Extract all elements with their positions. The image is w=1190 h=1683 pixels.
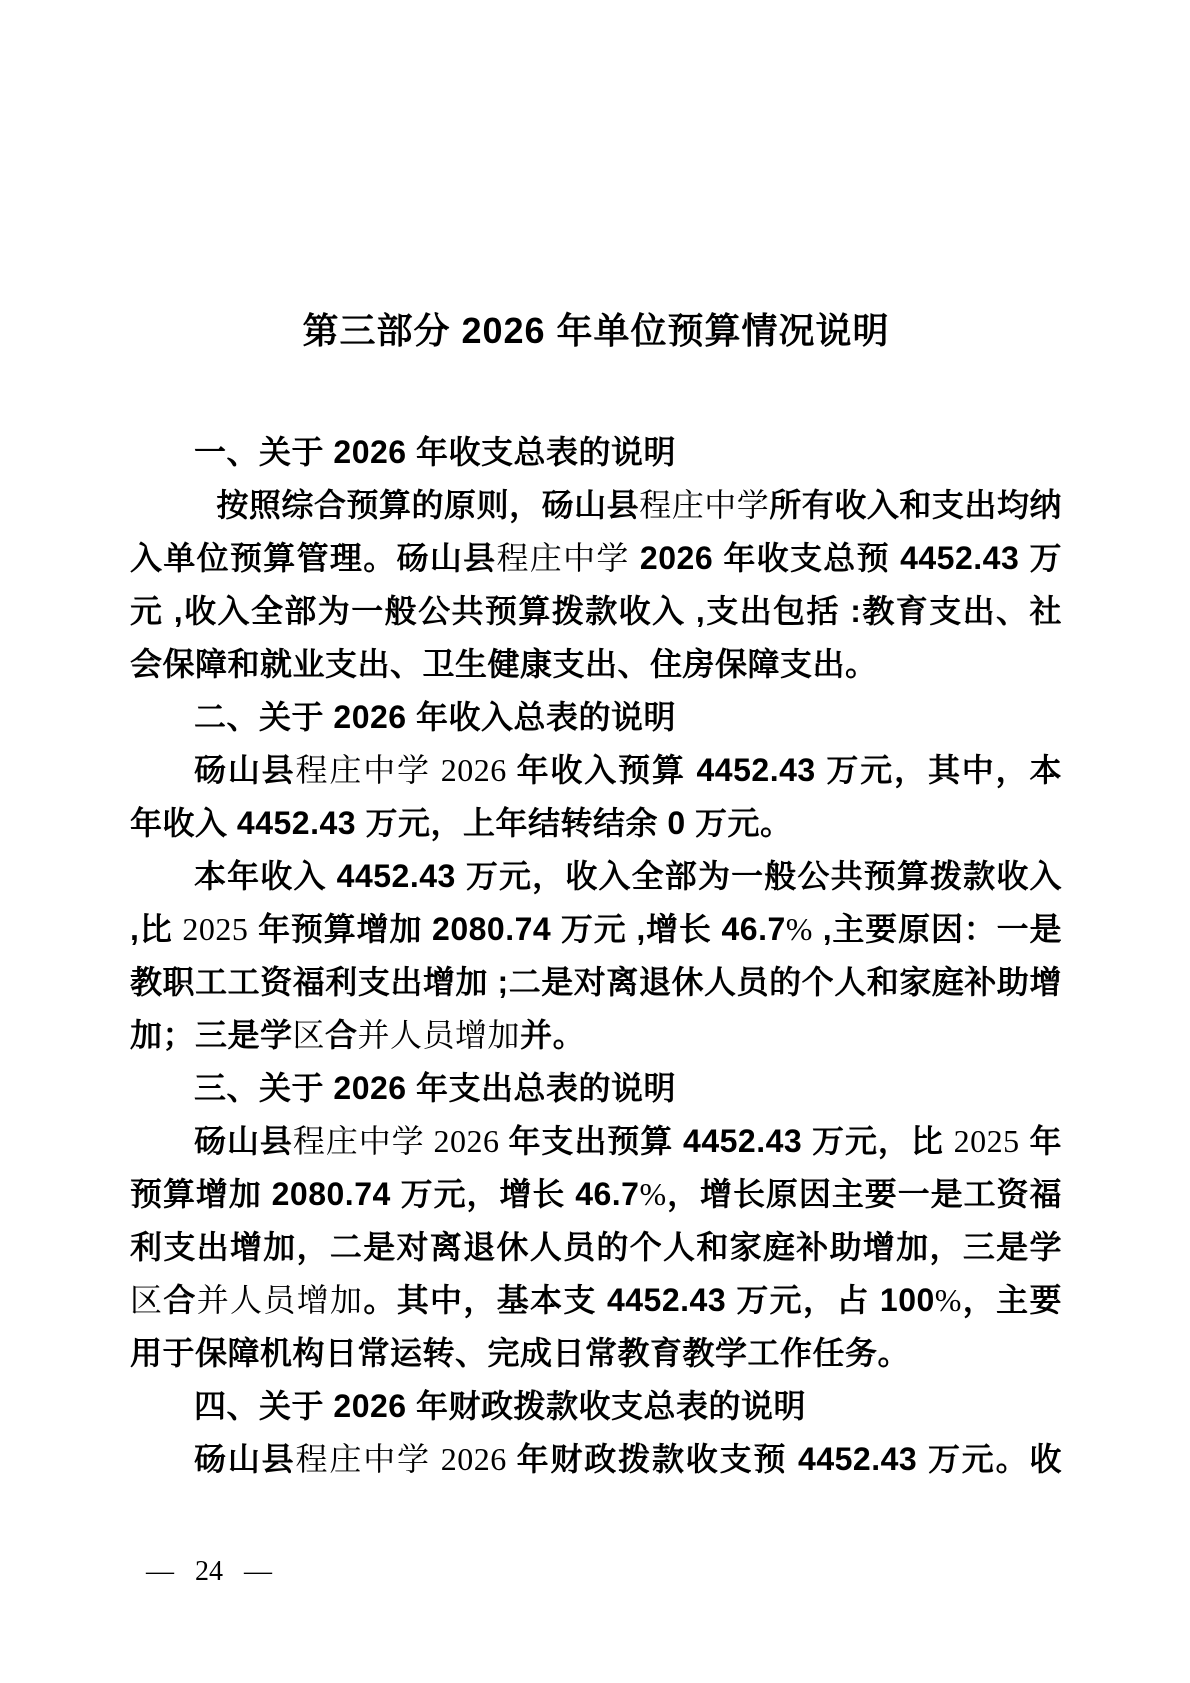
document-title: 第三部分 2026 年单位预算情况说明	[130, 0, 1062, 356]
paragraph-body: 按照综合预算的原则，砀山县程庄中学所有收入和支出均纳入单位预算管理。砀山县程庄中…	[130, 479, 1062, 691]
text-run-hei: 年支出预算 4452.43 万元，比	[508, 1123, 953, 1159]
text-run-kai: 程庄中学	[639, 487, 769, 523]
text-run-hei: 。其中，基本支 4452.43 万元，占 100	[363, 1282, 934, 1318]
text-run-kai: 2025	[954, 1123, 1020, 1159]
paragraph-body: 砀山县程庄中学 2026 年财政拨款收支预 4452.43 万元。收	[130, 1433, 1062, 1486]
text-run-hei: 年财政拨款收支预 4452.43 万元。收	[517, 1441, 1062, 1477]
text-run-kai: %	[639, 1176, 666, 1212]
paragraph-heading: 一、关于 2026 年收支总表的说明	[130, 426, 1062, 479]
text-run-hei: 并。	[520, 1017, 585, 1053]
text-run-hei: 年预算增加 2080.74 万元 ,增长 46.7	[248, 911, 785, 947]
text-run-kai: 程庄中学 2026	[296, 752, 517, 788]
text-run-kai: %	[935, 1282, 962, 1318]
paragraph-body: 本年收入 4452.43 万元，收入全部为一般公共预算拨款收入 ,比 2025 …	[130, 850, 1062, 1062]
text-run-hei: 四、关于 2026 年财政拨款收支总表的说明	[194, 1388, 806, 1424]
paragraph-heading: 四、关于 2026 年财政拨款收支总表的说明	[130, 1380, 1062, 1433]
paragraph-heading: 三、关于 2026 年支出总表的说明	[130, 1062, 1062, 1115]
paragraph-body: 砀山县程庄中学 2026 年支出预算 4452.43 万元，比 2025 年预算…	[130, 1115, 1062, 1380]
document-body: 一、关于 2026 年收支总表的说明按照综合预算的原则，砀山县程庄中学所有收入和…	[130, 426, 1062, 1486]
text-run-hei: 砀山县	[194, 752, 296, 788]
text-run-hei: 一、关于 2026 年收支总表的说明	[194, 434, 676, 470]
text-run-kai: %	[786, 911, 813, 947]
page-number: — 24 —	[146, 1552, 272, 1592]
text-run-hei: 合	[325, 1017, 358, 1053]
text-run-kai: 2025	[182, 911, 248, 947]
text-run-kai: 程庄中学 2026	[293, 1123, 509, 1159]
text-run-hei: 二、关于 2026 年收入总表的说明	[194, 699, 676, 735]
paragraph-body: 砀山县程庄中学 2026 年收入预算 4452.43 万元，其中，本年收入 44…	[130, 744, 1062, 850]
text-run-hei: 合	[163, 1282, 196, 1318]
text-run-hei: 三、关于 2026 年支出总表的说明	[194, 1070, 676, 1106]
text-run-kai: 程庄中学 2026	[296, 1441, 517, 1477]
text-run-hei: 按照综合预算的原则，砀山县	[216, 487, 639, 523]
text-run-hei: 砀山县	[194, 1441, 296, 1477]
text-run-kai: 区	[130, 1282, 163, 1318]
text-run-hei: 砀山县	[194, 1123, 293, 1159]
text-run-kai: 并人员增加	[197, 1282, 364, 1318]
text-run-kai: 程庄中学	[496, 540, 629, 576]
text-run-kai: 并人员增加	[358, 1017, 521, 1053]
text-run-kai: 区	[293, 1017, 326, 1053]
paragraph-heading: 二、关于 2026 年收入总表的说明	[130, 691, 1062, 744]
document-content: 第三部分 2026 年单位预算情况说明 一、关于 2026 年收支总表的说明按照…	[130, 0, 1062, 1486]
document-page: 第三部分 2026 年单位预算情况说明 一、关于 2026 年收支总表的说明按照…	[0, 0, 1190, 1683]
